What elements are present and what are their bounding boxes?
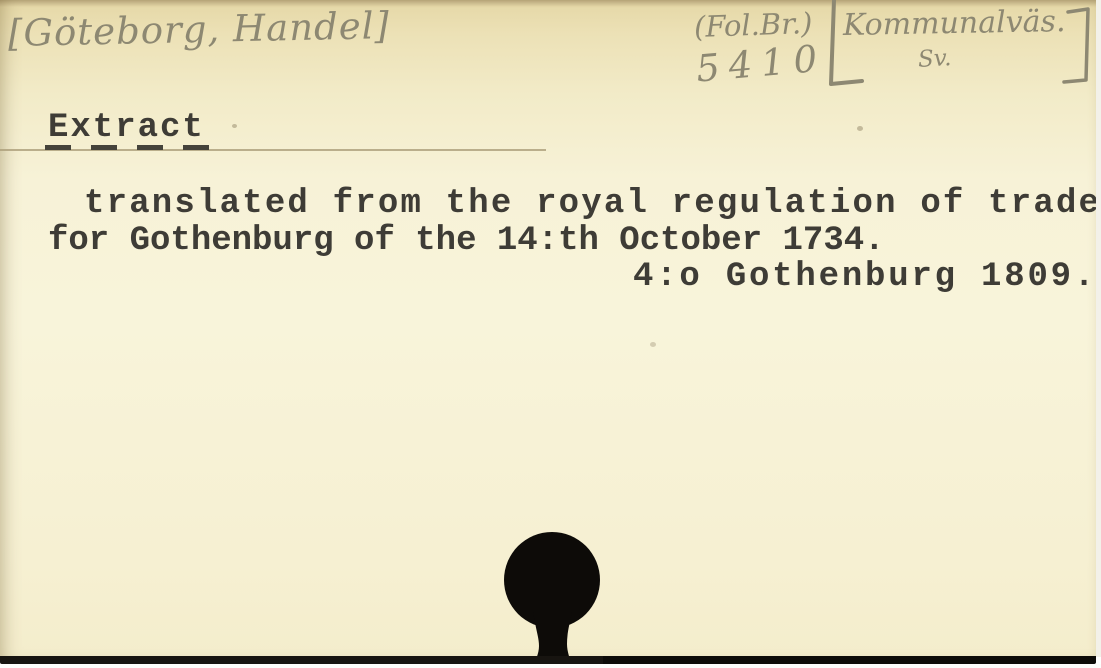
card-title-typed: Extract bbox=[48, 111, 205, 145]
card-bottom-edge bbox=[0, 656, 1096, 664]
pencil-speck bbox=[232, 124, 237, 128]
body-line-1-typed: translated from the royal regulation of … bbox=[84, 187, 1101, 221]
pencil-bracket-right-icon bbox=[1060, 4, 1092, 94]
pencil-speck bbox=[857, 126, 863, 131]
category-language-handwritten: Sv. bbox=[917, 45, 952, 73]
category-handwritten: Kommunalväs. bbox=[843, 4, 1066, 43]
imprint-line-typed: 4:o Gothenburg 1809. bbox=[633, 260, 1097, 294]
scan-margin-right bbox=[1096, 0, 1101, 657]
body-line-2-typed: for Gothenburg of the 14:th October 1734… bbox=[48, 224, 885, 258]
scanned-catalog-card-page: [Göteborg, Handel] (Fol.Br.) 5410 Kommun… bbox=[0, 0, 1101, 668]
pencil-speck bbox=[650, 342, 656, 347]
punch-hole-icon bbox=[500, 528, 604, 668]
subject-heading-handwritten: [Göteborg, Handel] bbox=[8, 4, 391, 55]
title-underline-dashes bbox=[45, 145, 210, 150]
shelf-number-handwritten: 5410 bbox=[694, 36, 827, 90]
scan-margin-bottom bbox=[0, 664, 1101, 668]
